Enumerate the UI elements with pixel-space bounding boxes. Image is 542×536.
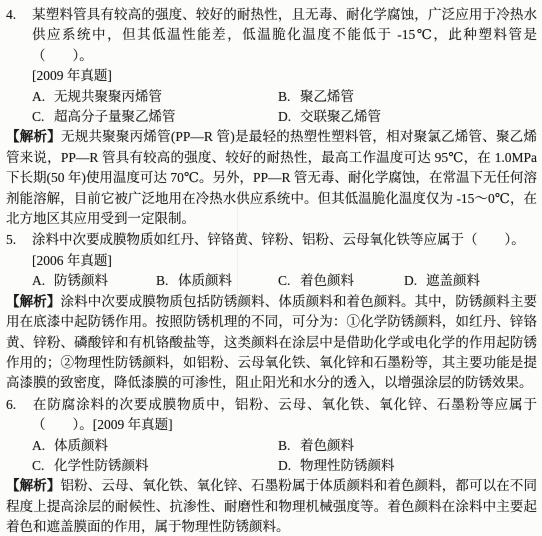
- options-grid: A.无规共聚聚丙烯管 B.聚乙烯管 C.超高分子量聚乙烯管 D.交联聚乙烯管: [32, 87, 537, 128]
- option-b: B.着色颜料: [278, 436, 537, 456]
- option-label: B.: [156, 271, 178, 291]
- option-c: C.化学性防锈颜料: [32, 456, 278, 476]
- scan-fold-artifact: [237, 192, 238, 322]
- option-d: D.交联聚乙烯管: [278, 107, 537, 127]
- option-b: B.体质颜料: [156, 271, 278, 291]
- option-text: 无规共聚聚丙烯管: [54, 89, 162, 104]
- analysis-label: 【解析】: [6, 294, 60, 309]
- option-label: A.: [32, 436, 54, 456]
- question-stem: 涂料中次要成膜物质如红丹、锌铬黄、锌粉、铝粉、云母氧化铁等应属于（ ）。: [32, 232, 525, 247]
- option-label: B.: [278, 436, 300, 456]
- document-page: 4.某塑料管具有较高的强度、较好的耐热性，且无毒、耐化学腐蚀，广泛应用于冷热水供…: [0, 0, 542, 536]
- option-label: C.: [278, 271, 300, 291]
- analysis-block: 【解析】无规共聚聚丙烯管(PP—R 管)是最轻的热塑性塑料管，相对聚氯乙烯管、聚…: [6, 127, 537, 229]
- option-d: D.遮盖颜料: [404, 271, 537, 291]
- option-a: A.体质颜料: [32, 436, 278, 456]
- option-label: C.: [32, 456, 54, 476]
- options-grid: A.体质颜料 B.着色颜料 C.化学性防锈颜料 D.物理性防锈颜料: [32, 436, 537, 477]
- analysis-block: 【解析】涂料中次要成膜物质包括防锈颜料、体质颜料和着色颜料。其中，防锈颜料主要用…: [6, 292, 537, 394]
- option-c: C.着色颜料: [278, 271, 404, 291]
- option-text: 体质颜料: [54, 438, 108, 453]
- option-text: 防锈颜料: [54, 273, 108, 288]
- option-text: 交联聚乙烯管: [300, 109, 381, 124]
- option-text: 化学性防锈颜料: [54, 458, 149, 473]
- exam-year-tag: [2009 年真题]: [6, 66, 537, 86]
- option-text: 超高分子量聚乙烯管: [54, 109, 176, 124]
- option-label: D.: [278, 456, 300, 476]
- analysis-label: 【解析】: [6, 478, 60, 493]
- question-stem-block: 5.涂料中次要成膜物质如红丹、锌铬黄、锌粉、铝粉、云母氧化铁等应属于（ ）。: [6, 230, 537, 250]
- option-label: D.: [278, 107, 300, 127]
- option-d: D.物理性防锈颜料: [278, 456, 537, 476]
- options-grid: A.防锈颜料 B.体质颜料 C.着色颜料 D.遮盖颜料: [32, 271, 537, 291]
- question-number: 6.: [6, 395, 32, 415]
- option-text: 遮盖颜料: [426, 273, 480, 288]
- exam-year-tag: [2006 年真题]: [6, 251, 537, 271]
- option-label: B.: [278, 87, 300, 107]
- option-text: 着色颜料: [300, 438, 354, 453]
- option-text: 物理性防锈颜料: [300, 458, 395, 473]
- question-number: 5.: [6, 230, 32, 250]
- option-label: C.: [32, 107, 54, 127]
- question-number: 4.: [6, 5, 32, 25]
- exam-year-tag: [2009 年真题]: [93, 417, 173, 432]
- analysis-label: 【解析】: [6, 129, 61, 144]
- analysis-block: 【解析】铝粉、云母、氧化铁、氧化锌、石墨粉属于体质颜料和着色颜料，都可以在不同程…: [6, 476, 537, 536]
- option-c: C.超高分子量聚乙烯管: [32, 107, 278, 127]
- option-text: 着色颜料: [300, 273, 354, 288]
- option-label: A.: [32, 271, 54, 291]
- question-stem: 某塑料管具有较高的强度、较好的耐热性，且无毒、耐化学腐蚀，广泛应用于冷热水供应系…: [32, 7, 537, 63]
- option-a: A.无规共聚聚丙烯管: [32, 87, 278, 107]
- question-5: 5.涂料中次要成膜物质如红丹、锌铬黄、锌粉、铝粉、云母氧化铁等应属于（ ）。 […: [6, 230, 537, 393]
- question-6: 6.在防腐涂料的次要成膜物质中，铝粉、云母、氧化铁、氧化锌、石墨粉等应属于（ ）…: [6, 395, 537, 536]
- option-label: A.: [32, 87, 54, 107]
- analysis-text: 铝粉、云母、氧化铁、氧化锌、石墨粉属于体质颜料和着色颜料，都可以在不同程度上提高…: [6, 478, 537, 534]
- option-text: 体质颜料: [178, 273, 232, 288]
- question-4: 4.某塑料管具有较高的强度、较好的耐热性，且无毒、耐化学腐蚀，广泛应用于冷热水供…: [6, 5, 537, 229]
- analysis-text: 无规共聚聚丙烯管(PP—R 管)是最轻的热塑性塑料管，相对聚氯乙烯管、聚乙烯管来…: [6, 129, 537, 226]
- analysis-text: 涂料中次要成膜物质包括防锈颜料、体质颜料和着色颜料。其中，防锈颜料主要用在底漆中…: [6, 294, 537, 391]
- question-stem-block: 4.某塑料管具有较高的强度、较好的耐热性，且无毒、耐化学腐蚀，广泛应用于冷热水供…: [6, 5, 537, 66]
- option-a: A.防锈颜料: [32, 271, 156, 291]
- option-b: B.聚乙烯管: [278, 87, 537, 107]
- option-label: D.: [404, 271, 426, 291]
- question-stem-block: 6.在防腐涂料的次要成膜物质中，铝粉、云母、氧化铁、氧化锌、石墨粉等应属于（ ）…: [6, 395, 537, 436]
- option-text: 聚乙烯管: [300, 89, 354, 104]
